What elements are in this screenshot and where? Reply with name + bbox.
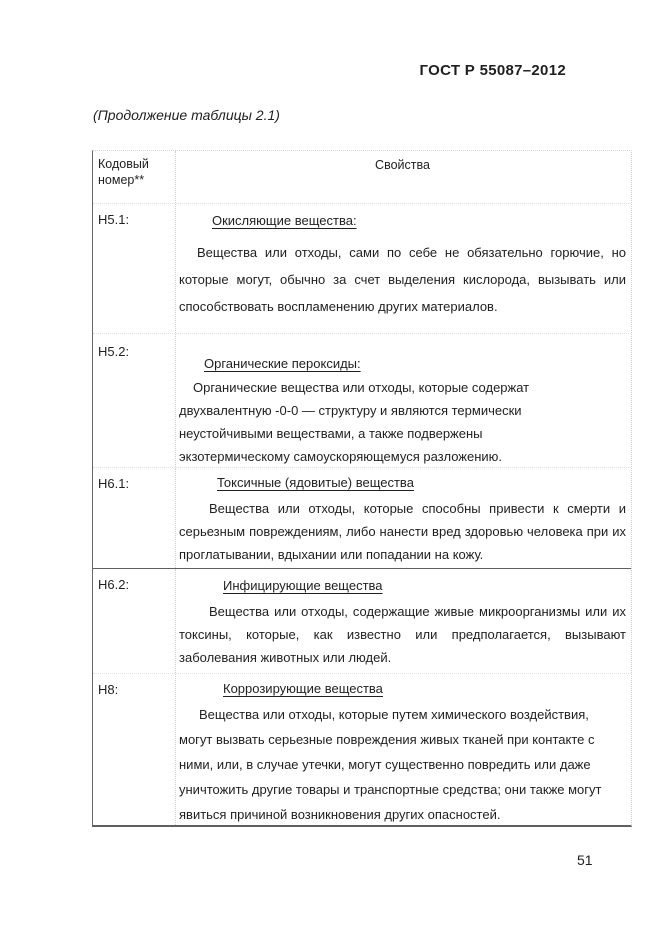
property-description: Вещества или отходы, сами по себе не обя…	[179, 239, 626, 320]
table-header-row: Кодовый номер** Свойства	[93, 151, 631, 204]
property-heading: Окисляющие вещества:	[212, 213, 626, 228]
table-row: Н6.1: Токсичные (ядовитые) вещества Веще…	[93, 468, 631, 569]
properties-table: Кодовый номер** Свойства Н5.1: Окисляющи…	[92, 150, 632, 827]
row-code: Н6.2:	[93, 569, 176, 673]
property-heading: Инфицирующие вещества	[199, 578, 626, 593]
table-row: Н6.2: Инфицирующие вещества Вещества или…	[93, 569, 631, 674]
table-row: Н5.1: Окисляющие вещества: Вещества или …	[93, 204, 631, 334]
page-number: 51	[577, 852, 593, 868]
row-code: Н5.1:	[93, 204, 176, 333]
row-properties: Окисляющие вещества: Вещества или отходы…	[176, 204, 631, 333]
table-row: Н8: Коррозирующие вещества Вещества или …	[93, 674, 631, 825]
property-description: Вещества или отходы, которые способны пр…	[179, 497, 626, 566]
row-properties: Коррозирующие вещества Вещества или отхо…	[176, 674, 631, 825]
header-properties-column: Свойства	[176, 151, 631, 203]
row-code: Н8:	[93, 674, 176, 825]
table-continuation-caption: (Продолжение таблицы 2.1)	[93, 107, 280, 123]
row-properties: Инфицирующие вещества Вещества или отход…	[176, 569, 631, 673]
document-page: ГОСТ Р 55087–2012 (Продолжение таблицы 2…	[0, 0, 661, 935]
property-heading: Органические пероксиды:	[204, 356, 626, 371]
property-description: Органические вещества или отходы, которы…	[179, 376, 626, 467]
property-heading: Коррозирующие вещества	[199, 681, 626, 696]
property-description: Вещества или отходы, которые путем химич…	[179, 702, 626, 825]
table-row: Н5.2: Органические пероксиды: Органическ…	[93, 334, 631, 468]
document-number: ГОСТ Р 55087–2012	[420, 62, 566, 79]
header-code-column: Кодовый номер**	[93, 151, 176, 203]
row-properties: Токсичные (ядовитые) вещества Вещества и…	[176, 468, 631, 568]
row-code: Н6.1:	[93, 468, 176, 568]
property-description: Вещества или отходы, содержащие живые ми…	[179, 600, 626, 669]
property-heading: Токсичные (ядовитые) вещества	[217, 475, 626, 490]
row-properties: Органические пероксиды: Органические вещ…	[176, 334, 631, 467]
row-code: Н5.2:	[93, 334, 176, 467]
